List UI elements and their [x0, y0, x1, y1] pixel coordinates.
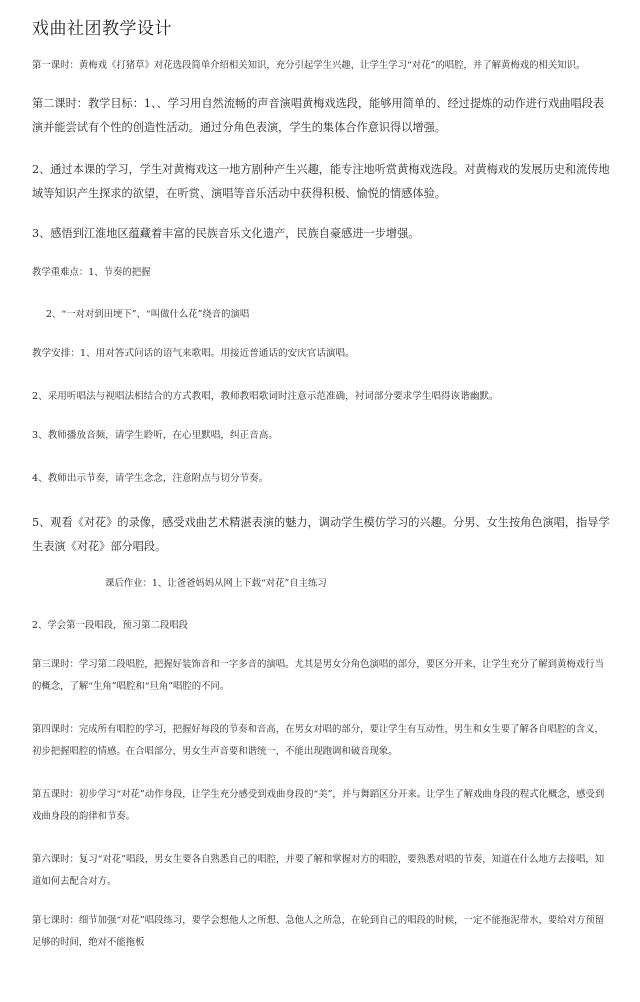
paragraph-homework-1: 课后作业：1、让爸爸妈妈从网上下载“对花”自主练习: [105, 574, 605, 594]
paragraph-key-points-2: 2、“一对对到田埂下”、“叫做什么花”绕音的演唱: [46, 305, 626, 325]
paragraph-lesson-2-goal-1: 第二课时：教学目标：1、、学习用自然流畅的声音演唱黄梅戏选段，能够用简单的、经过…: [32, 92, 612, 140]
paragraph-lesson-4: 第四课时：完成所有唱腔的学习，把握好每段的节奏和音高，在男女对唱的部分，要让学生…: [32, 719, 612, 763]
paragraph-lesson-6: 第六课时：复习“对花”唱段，男女生要各自熟悉自己的唱腔，并要了解和掌握对方的唱腔…: [32, 849, 612, 893]
document-title: 戏曲社团教学设计: [32, 14, 172, 39]
paragraph-arrangement-2: 2、采用听唱法与视唱法相结合的方式教唱，教师教唱歌词时注意示范准确，衬词部分要求…: [32, 385, 612, 409]
paragraph-lesson-3: 第三课时：学习第二段唱腔，把握好装饰音和一字多音的演唱。尤其是男女分角色演唱的部…: [32, 654, 612, 698]
paragraph-arrangement-3: 3、教师播放音频，请学生聆听，在心里默唱，纠正音高。: [32, 424, 612, 448]
paragraph-goal-2: 2、通过本课的学习，学生对黄梅戏这一地方剧种产生兴趣，能专注地听赏黄梅戏选段。对…: [32, 158, 612, 206]
document-page: 戏曲社团教学设计 第一课时：黄梅戏《打猪草》对花选段简单介绍相关知识，充分引起学…: [0, 0, 640, 1002]
paragraph-key-points-1: 教学重难点：1、节奏的把握: [32, 263, 612, 283]
paragraph-arrangement-1: 教学安排：1、用对答式问话的语气来歌唱。用接近普通话的安庆官话演唱。: [32, 342, 612, 366]
paragraph-lesson-7: 第七课时：细节加强“对花”唱段练习，要学会想他人之所想、急他人之所急，在轮到自己…: [32, 910, 612, 954]
paragraph-arrangement-5: 5、观看《对花》的录像，感受戏曲艺术精湛表演的魅力，调动学生模仿学习的兴趣。分男…: [32, 511, 612, 559]
paragraph-homework-2: 2、学会第一段唱段，预习第二段唱段: [32, 616, 612, 636]
paragraph-goal-3: 3、感悟到江淮地区蕴藏着丰富的民族音乐文化遗产，民族自豪感进一步增强。: [32, 222, 612, 246]
paragraph-lesson-5: 第五课时：初步学习“对花”动作身段，让学生充分感受到戏曲身段的“美”，并与舞蹈区…: [32, 784, 612, 828]
paragraph-arrangement-4: 4、教师出示节奏，请学生念念，注意附点与切分节奏。: [32, 467, 612, 491]
paragraph-lesson-1: 第一课时：黄梅戏《打猪草》对花选段简单介绍相关知识，充分引起学生兴趣，让学生学习…: [32, 56, 612, 76]
